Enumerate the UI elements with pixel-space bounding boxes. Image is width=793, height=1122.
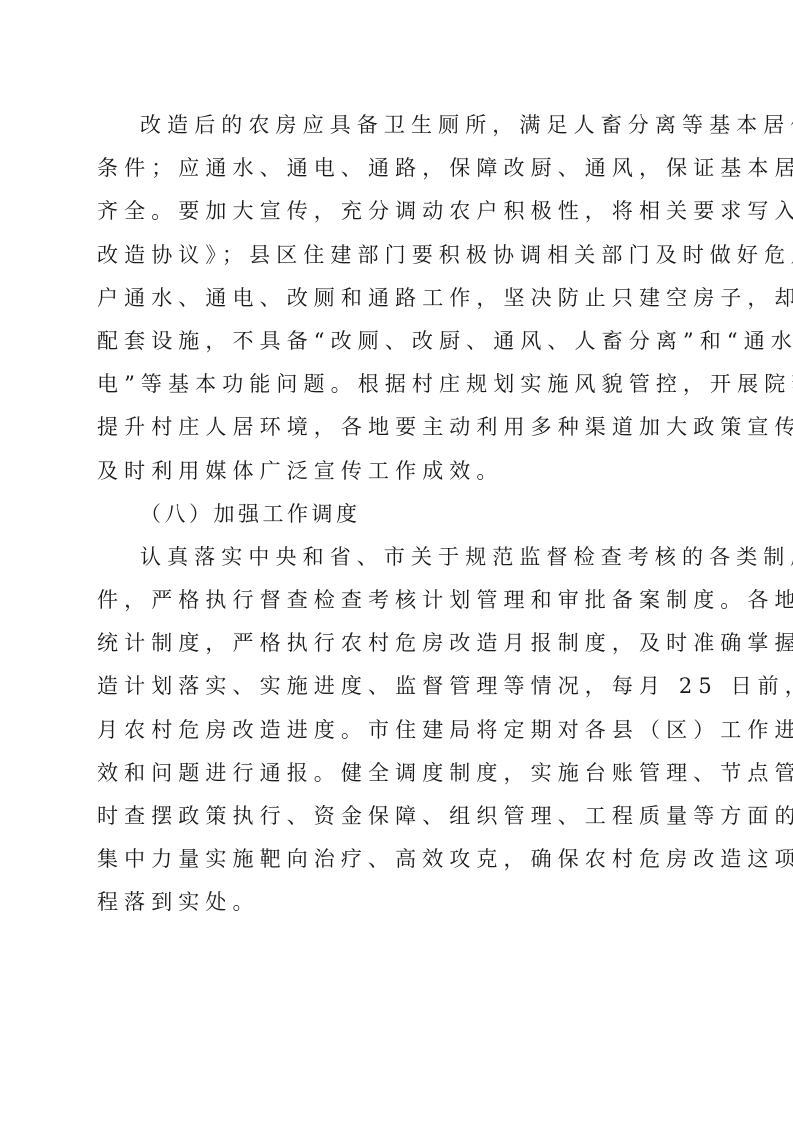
- paragraph-line: 时查摆政策执行、资金保障、组织管理、工程质量等方面的问题，: [97, 799, 707, 842]
- paragraph-line: 电”等基本功能问题。根据村庄规划实施风貌管控，开展院落整治，: [97, 367, 707, 410]
- paragraph-line: 改造协议》；县区住建部门要积极协调相关部门及时做好危房改造: [97, 238, 707, 281]
- paragraph-line: 提升村庄人居环境，各地要主动利用多种渠道加大政策宣传力度，: [97, 410, 707, 453]
- paragraph-line: 月农村危房改造进度。市住建局将定期对各县（区）工作进度、成: [97, 713, 707, 756]
- paragraph-line: 效和问题进行通报。健全调度制度，实施台账管理、节点管控，及: [97, 756, 707, 799]
- document-page: 改造后的农房应具备卫生厕所，满足人畜分离等基本居住卫生 条件；应通水、通电、通路…: [97, 108, 707, 929]
- paragraph-line: 认真落实中央和省、市关于规范监督检查考核的各类制度文: [97, 540, 707, 583]
- paragraph-line: 配套设施，不具备“改厕、改厨、通风、人畜分离”和“通水、通: [97, 324, 707, 367]
- paragraph-line: 造计划落实、实施进度、监督管理等情况，每月 25 日前，上报上: [97, 669, 707, 712]
- paragraph-line: 改造后的农房应具备卫生厕所，满足人畜分离等基本居住卫生: [97, 108, 707, 151]
- paragraph-line: 及时利用媒体广泛宣传工作成效。: [97, 454, 707, 497]
- section-heading: （八）加强工作调度: [97, 497, 707, 540]
- paragraph-sanitation: 改造后的农房应具备卫生厕所，满足人畜分离等基本居住卫生 条件；应通水、通电、通路…: [97, 108, 707, 497]
- paragraph-line: 件，严格执行督查检查考核计划管理和审批备案制度。各地要健全: [97, 583, 707, 626]
- paragraph-line: 集中力量实施靶向治疗、高效攻克，确保农村危房改造这项民生工: [97, 842, 707, 885]
- paragraph-line: 统计制度，严格执行农村危房改造月报制度，及时准确掌握危房改: [97, 626, 707, 669]
- paragraph-line: 条件；应通水、通电、通路，保障改厨、通风，保证基本居住功能: [97, 151, 707, 194]
- paragraph-scheduling: 认真落实中央和省、市关于规范监督检查考核的各类制度文 件，严格执行督查检查考核计…: [97, 540, 707, 929]
- paragraph-line: 程落到实处。: [97, 885, 707, 928]
- paragraph-line: 户通水、通电、改厕和通路工作，坚决防止只建空房子，却不建设: [97, 281, 707, 324]
- paragraph-line: 齐全。要加大宣传，充分调动农户积极性，将相关要求写入《危房: [97, 194, 707, 237]
